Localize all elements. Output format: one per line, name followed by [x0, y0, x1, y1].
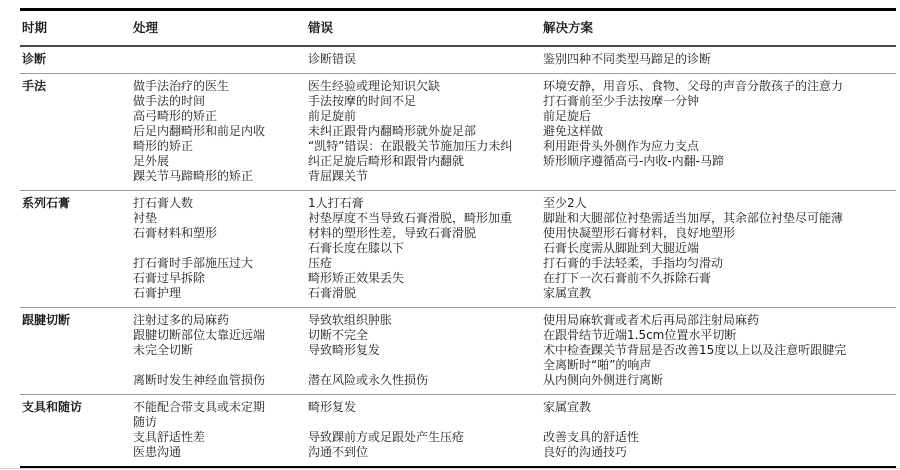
cell-line: 背屈踝关节	[308, 169, 543, 184]
cell-line: 沟通不到位	[308, 445, 543, 460]
cell-line: 支具舒适性差	[133, 430, 308, 445]
row-period-label: 诊断	[20, 52, 133, 67]
cell-line: 导致踝前方或足跟处产生压疮	[308, 430, 543, 445]
cell-line: 纠正足旋后畸形和跟骨内翻就	[308, 154, 543, 169]
cell-line: 1人打石膏	[308, 196, 543, 211]
cell-line: 在打下一次石膏前不久拆除石膏	[543, 271, 896, 286]
table-row: 跟腱切断 注射过多的局麻药跟腱切断部位太靠近远端未完全切断 离断时发生神经血管损…	[20, 308, 896, 395]
cell-line: 利用距骨头外侧作为应力支点	[543, 139, 896, 154]
cell-line	[543, 415, 896, 430]
cell-line: 家属宣教	[543, 286, 896, 301]
cell-line: 良好的沟通技巧	[543, 445, 896, 460]
clubfoot-errors-table: 时期 处理 错误 解决方案 诊断 诊断错误 鉴别四种不同类型马蹄足的诊断 手法 …	[20, 8, 896, 469]
cell-line: 脚趾和大腿部位衬垫需适当加厚，其余部位衬垫尽可能薄	[543, 211, 896, 226]
cell-line	[308, 358, 543, 373]
cell-line: 高弓畸形的矫正	[133, 109, 308, 124]
cell-treatment: 注射过多的局麻药跟腱切断部位太靠近远端未完全切断 离断时发生神经血管损伤	[133, 313, 308, 388]
cell-errors: 医生经验或理论知识欠缺手法按摩的时间不足前足旋前未纠正跟骨内翻畸形就外旋足部“凯…	[308, 79, 543, 184]
cell-line: 潜在风险或永久性损伤	[308, 373, 543, 388]
cell-line	[133, 358, 308, 373]
cell-line: 衬垫厚度不当导致石膏滑脱，畸形加重	[308, 211, 543, 226]
cell-line: 离断时发生神经血管损伤	[133, 373, 308, 388]
table-row: 支具和随访 不能配合带支具或未定期随访支具舒适性差医患沟通 畸形复发 导致踝前方…	[20, 395, 896, 469]
cell-line: 不能配合带支具或未定期	[133, 400, 308, 415]
cell-line: 石膏滑脱	[308, 286, 543, 301]
cell-line: 石膏长度在膝以下	[308, 241, 543, 256]
cell-line: 使用局麻软膏或者术后再局部注射局麻药	[543, 313, 896, 328]
cell-line: 家属宣教	[543, 400, 896, 415]
cell-line: 石膏材料和塑形	[133, 226, 308, 241]
cell-solutions: 环境安静，用音乐、食物、父母的声音分散孩子的注意力打石膏前至少手法按摩一分钟前足…	[543, 79, 896, 184]
column-header-errors: 错误	[308, 20, 543, 35]
cell-line: 打石膏的手法轻柔，手指均匀滑动	[543, 256, 896, 271]
cell-line: 踝关节马蹄畸形的矫正	[133, 169, 308, 184]
cell-line: 导致软组织肿胀	[308, 313, 543, 328]
cell-solutions: 至少2人脚趾和大腿部位衬垫需适当加厚，其余部位衬垫尽可能薄使用快凝塑形石膏材料，…	[543, 196, 896, 301]
table-row: 系列石膏 打石膏人数衬垫石膏材料和塑形 打石膏时手部施压过大石膏过早拆除石膏护理…	[20, 191, 896, 308]
cell-treatment: 打石膏人数衬垫石膏材料和塑形 打石膏时手部施压过大石膏过早拆除石膏护理	[133, 196, 308, 301]
cell-line: 术中检查踝关节背屈是否改善15度以上以及注意听跟腱完	[543, 343, 896, 358]
cell-line: 切断不完全	[308, 328, 543, 343]
cell-line: 畸形的矫正	[133, 139, 308, 154]
cell-line: 鉴别四种不同类型马蹄足的诊断	[543, 52, 896, 67]
table-row: 手法 做手法治疗的医生做手法的时间高弓畸形的矫正后足内翻畸形和前足内收畸形的矫正…	[20, 74, 896, 191]
cell-solutions: 鉴别四种不同类型马蹄足的诊断	[543, 52, 896, 67]
cell-line: 畸形矫正效果丢失	[308, 271, 543, 286]
cell-line: 前足旋前	[308, 109, 543, 124]
cell-line: 手法按摩的时间不足	[308, 94, 543, 109]
row-period-label: 系列石膏	[20, 196, 133, 301]
cell-line: 矫形顺序遵循高弓-内收-内翻-马蹄	[543, 154, 896, 169]
table-header-row: 时期 处理 错误 解决方案	[20, 8, 896, 47]
cell-line: 足外展	[133, 154, 308, 169]
column-header-solutions: 解决方案	[543, 20, 896, 35]
cell-treatment	[133, 52, 308, 67]
cell-line: 打石膏时手部施压过大	[133, 256, 308, 271]
cell-line: 医生经验或理论知识欠缺	[308, 79, 543, 94]
row-period-label: 跟腱切断	[20, 313, 133, 388]
cell-line: 未纠正跟骨内翻畸形就外旋足部	[308, 124, 543, 139]
cell-treatment: 做手法治疗的医生做手法的时间高弓畸形的矫正后足内翻畸形和前足内收畸形的矫正足外展…	[133, 79, 308, 184]
table-row: 诊断 诊断错误 鉴别四种不同类型马蹄足的诊断	[20, 47, 896, 74]
cell-line: 在跟骨结节近端1.5cm位置水平切断	[543, 328, 896, 343]
column-header-treatment: 处理	[133, 20, 308, 35]
cell-line: 打石膏前至少手法按摩一分钟	[543, 94, 896, 109]
row-period-label: 支具和随访	[20, 400, 133, 460]
cell-line: 未完全切断	[133, 343, 308, 358]
cell-line: 畸形复发	[308, 400, 543, 415]
cell-line: 诊断错误	[308, 52, 543, 67]
cell-line: 从内侧向外侧进行离断	[543, 373, 896, 388]
cell-line: 打石膏人数	[133, 196, 308, 211]
cell-treatment: 不能配合带支具或未定期随访支具舒适性差医患沟通	[133, 400, 308, 460]
table-body: 诊断 诊断错误 鉴别四种不同类型马蹄足的诊断 手法 做手法治疗的医生做手法的时间…	[20, 47, 896, 469]
row-period-label: 手法	[20, 79, 133, 184]
cell-line: 石膏护理	[133, 286, 308, 301]
cell-errors: 诊断错误	[308, 52, 543, 67]
cell-line: 前足旋后	[543, 109, 896, 124]
column-header-period: 时期	[20, 20, 133, 35]
cell-solutions: 使用局麻软膏或者术后再局部注射局麻药在跟骨结节近端1.5cm位置水平切断术中检查…	[543, 313, 896, 388]
cell-line: 跟腱切断部位太靠近远端	[133, 328, 308, 343]
cell-line	[308, 415, 543, 430]
cell-line: 避免这样做	[543, 124, 896, 139]
cell-line: 导致畸形复发	[308, 343, 543, 358]
cell-errors: 1人打石膏衬垫厚度不当导致石膏滑脱，畸形加重材料的塑形性差，导致石膏滑脱石膏长度…	[308, 196, 543, 301]
cell-line: 做手法的时间	[133, 94, 308, 109]
cell-errors: 畸形复发 导致踝前方或足跟处产生压疮沟通不到位	[308, 400, 543, 460]
document-page: 时期 处理 错误 解决方案 诊断 诊断错误 鉴别四种不同类型马蹄足的诊断 手法 …	[0, 0, 900, 470]
cell-line: 衬垫	[133, 211, 308, 226]
cell-line: 医患沟通	[133, 445, 308, 460]
cell-line: 使用快凝塑形石膏材料，良好地塑形	[543, 226, 896, 241]
cell-line: 石膏长度需从脚趾到大腿近端	[543, 241, 896, 256]
cell-line: 材料的塑形性差，导致石膏滑脱	[308, 226, 543, 241]
cell-line: 随访	[133, 415, 308, 430]
cell-line: 至少2人	[543, 196, 896, 211]
cell-line: 后足内翻畸形和前足内收	[133, 124, 308, 139]
cell-line: 压疮	[308, 256, 543, 271]
cell-errors: 导致软组织肿胀切断不完全导致畸形复发 潜在风险或永久性损伤	[308, 313, 543, 388]
cell-line: “凯特”错误：在跟骰关节施加压力未纠	[308, 139, 543, 154]
page-edge-divider	[0, 468, 900, 469]
cell-line: 改善支具的舒适性	[543, 430, 896, 445]
cell-solutions: 家属宣教 改善支具的舒适性良好的沟通技巧	[543, 400, 896, 460]
cell-line: 石膏过早拆除	[133, 271, 308, 286]
cell-line	[133, 241, 308, 256]
cell-line: 做手法治疗的医生	[133, 79, 308, 94]
cell-line: 环境安静，用音乐、食物、父母的声音分散孩子的注意力	[543, 79, 896, 94]
cell-line: 全离断时“啪”的响声	[543, 358, 896, 373]
cell-line: 注射过多的局麻药	[133, 313, 308, 328]
